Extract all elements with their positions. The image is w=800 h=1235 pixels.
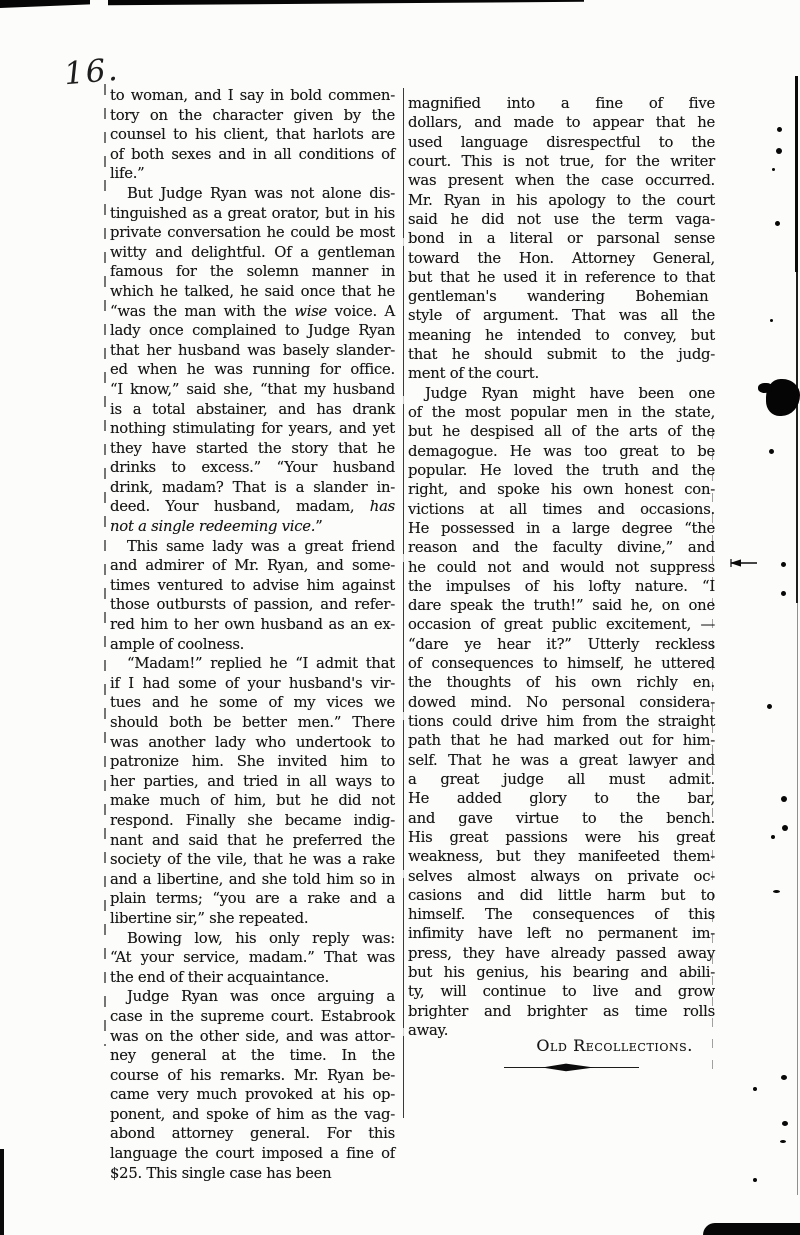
text-line: ed when he was running for office.	[110, 360, 395, 380]
text-line: counsel to his client, that harlots are	[110, 125, 395, 145]
ink-speck	[769, 449, 774, 454]
scanned-page: 16. to woman, and I say in bold commen-t…	[0, 0, 800, 1235]
text-line: times ventured to advise him against	[110, 576, 395, 596]
text-line: reason and the faculty divine,” and	[408, 538, 715, 557]
text-line: ment of the court.	[408, 364, 715, 383]
text-line: that her husband was basely slander-	[110, 341, 395, 361]
signature-flourish	[504, 1058, 639, 1077]
ink-speck	[781, 562, 786, 567]
scan-edge-right-middle	[796, 272, 798, 603]
ink-speck	[753, 1087, 757, 1091]
text-line: toward the Hon. Attorney General,	[408, 249, 715, 268]
ink-speck	[781, 591, 786, 596]
ink-speck	[773, 890, 780, 893]
paragraph: Judge Ryan was once arguing acase in the…	[110, 987, 395, 1183]
text-line: her parties, and tried in all ways to	[110, 772, 395, 792]
text-line: Mr. Ryan in his apology to the court	[408, 191, 715, 210]
text-line: gentleman's wandering Bohemian	[408, 287, 715, 306]
left-column: to woman, and I say in bold commen-tory …	[110, 86, 395, 1183]
ink-speck	[781, 796, 787, 802]
text-line: if I had some of your husband's vir-	[110, 674, 395, 694]
text-line: said he did not use the term vaga-	[408, 210, 715, 229]
ink-speck	[767, 704, 772, 709]
ink-speck	[770, 319, 773, 322]
text-line: ponent, and spoke of him as the vag-	[110, 1105, 395, 1125]
ink-speck	[782, 825, 788, 831]
text-line: should both be better men.” There	[110, 713, 395, 733]
text-line: self. That he was a great lawyer and	[408, 751, 715, 770]
text-line: was present when the case occurred.	[408, 171, 715, 190]
ink-speck	[781, 1075, 787, 1080]
paragraph: Judge Ryan might have been oneof the mos…	[408, 384, 715, 1041]
text-line: patronize him. She invited him to	[110, 752, 395, 772]
text-line: private conversation he could be most	[110, 223, 395, 243]
scan-edge-right-upper	[795, 76, 798, 272]
text-line: language the court imposed a fine of	[110, 1144, 395, 1164]
text-line: but he despised all of the arts of the	[408, 422, 715, 441]
text-line: but that he used it in reference to that	[408, 268, 715, 287]
text-line: casions and did little harm but to	[408, 886, 715, 905]
text-line: that he should submit to the judg-	[408, 345, 715, 364]
signature: Old Recollections.	[408, 1036, 715, 1055]
ink-speck	[782, 1121, 788, 1126]
text-line: But Judge Ryan was not alone dis-	[110, 184, 395, 204]
text-line: infimity have left no permanent im-	[408, 924, 715, 943]
left-margin-rule	[104, 84, 106, 1046]
text-line: “I know,” said she, “that my husband	[110, 380, 395, 400]
ink-speck	[776, 148, 782, 154]
paragraph: But Judge Ryan was not alone dis-tinguis…	[110, 184, 395, 537]
text-line: was on the other side, and was attor-	[110, 1027, 395, 1047]
text-line: dare speak the truth!” said he, on one	[408, 596, 715, 615]
scan-edge-top-left	[0, 0, 90, 8]
ink-speck	[775, 221, 780, 226]
ink-speck	[753, 1178, 757, 1182]
right-column: magnified into a fine of fivedollars, an…	[408, 94, 715, 1040]
text-line: plain terms; “you are a rake and a	[110, 889, 395, 909]
text-line: tory on the character given by the	[110, 106, 395, 126]
text-line: right, and spoke his own honest con-	[408, 480, 715, 499]
text-line: bond in a literal or parsonal sense	[408, 229, 715, 248]
ink-speck	[771, 835, 775, 839]
text-line: selves almost always on private oc-	[408, 867, 715, 886]
text-line: occasion of great public excitement, —	[408, 615, 715, 634]
text-line: Judge Ryan was once arguing a	[110, 987, 395, 1007]
text-line: but his genius, his bearing and abili-	[408, 963, 715, 982]
text-line: nothing stimulating for years, and yet	[110, 419, 395, 439]
text-line: not a single redeeming vice.”	[110, 517, 395, 537]
paragraph: to woman, and I say in bold commen-tory …	[110, 86, 395, 184]
text-line: Bowing low, his only reply was:	[110, 929, 395, 949]
text-line: the end of their acquaintance.	[110, 968, 395, 988]
text-line: His great passions were his great	[408, 828, 715, 847]
text-line: he could not and would not suppress	[408, 558, 715, 577]
ink-speck	[780, 1140, 786, 1143]
text-line: drink, madam? That is a slander in-	[110, 478, 395, 498]
text-line: lady once complained to Judge Ryan	[110, 321, 395, 341]
text-line: magnified into a fine of five	[408, 94, 715, 113]
text-line: nant and said that he preferred the	[110, 831, 395, 851]
scan-edge-bottom-left	[0, 1149, 4, 1235]
text-line: drinks to excess.” “Your husband	[110, 458, 395, 478]
text-line: dollars, and made to appear that he	[408, 113, 715, 132]
text-line: ty, will continue to live and grow	[408, 982, 715, 1001]
text-line: red him to her own husband as an ex-	[110, 615, 395, 635]
text-line: deed. Your husband, madam, has	[110, 497, 395, 517]
paragraph: “Madam!” replied he “I admit thatif I ha…	[110, 654, 395, 928]
text-line: life.”	[110, 164, 395, 184]
text-line: style of argument. That was all the	[408, 306, 715, 325]
text-line: and gave virtue to the bench.	[408, 809, 715, 828]
text-line: make much of him, but he did not	[110, 791, 395, 811]
text-line: “Madam!” replied he “I admit that	[110, 654, 395, 674]
text-line: to woman, and I say in bold commen-	[110, 86, 395, 106]
text-line: which he talked, he said once that he	[110, 282, 395, 302]
text-line: court. This is not true, for the writer	[408, 152, 715, 171]
scan-corner-bottom-right	[703, 1223, 800, 1235]
text-line: ney general at the time. In the	[110, 1046, 395, 1066]
margin-arrow-mark	[729, 555, 759, 574]
text-line: of the most popular men in the state,	[408, 403, 715, 422]
text-line: and admirer of Mr. Ryan, and some-	[110, 556, 395, 576]
text-line: He possessed in a large degree “the	[408, 519, 715, 538]
text-line: course of his remarks. Mr. Ryan be-	[110, 1066, 395, 1086]
text-line: $25. This single case has been	[110, 1164, 395, 1184]
text-line: tions could drive him from the straight	[408, 712, 715, 731]
text-line: demagogue. He was too great to be	[408, 442, 715, 461]
text-line: tues and he some of my vices we	[110, 693, 395, 713]
text-line: “At your service, madam.” That was	[110, 948, 395, 968]
ink-speck	[772, 168, 775, 171]
scan-edge-right-lower	[797, 603, 798, 1195]
scan-edge-top	[108, 0, 584, 6]
text-line: path that he had marked out for him-	[408, 731, 715, 750]
text-line: libertine sir,” she repeated.	[110, 909, 395, 929]
text-line: This same lady was a great friend	[110, 537, 395, 557]
text-line: press, they have already passed away	[408, 944, 715, 963]
text-line: of consequences to himself, he uttered	[408, 654, 715, 673]
text-line: a great judge all must admit.	[408, 770, 715, 789]
text-line: the impulses of his lofty nature. “I	[408, 577, 715, 596]
text-line: He added glory to the bar,	[408, 789, 715, 808]
paragraph: magnified into a fine of fivedollars, an…	[408, 94, 715, 384]
text-line: was another lady who undertook to	[110, 733, 395, 753]
text-line: is a total abstainer, and has drank	[110, 400, 395, 420]
text-line: tinguished as a great orator, but in his	[110, 204, 395, 224]
text-line: brighter and brighter as time rolls	[408, 1002, 715, 1021]
text-line: famous for the solemn manner in	[110, 262, 395, 282]
text-line: witty and delightful. Of a gentleman	[110, 243, 395, 263]
paragraph: This same lady was a great friendand adm…	[110, 537, 395, 655]
column-divider-rule	[403, 88, 404, 1118]
text-line: and a libertine, and she told him so in	[110, 870, 395, 890]
text-line: abond attorney general. For this	[110, 1124, 395, 1144]
text-line: the thoughts of his own richly en.	[408, 673, 715, 692]
text-line: came very much provoked at his op-	[110, 1085, 395, 1105]
ink-speck	[777, 127, 782, 132]
text-line: victions at all times and occasions.	[408, 500, 715, 519]
text-line: popular. He loved the truth and the	[408, 461, 715, 480]
text-line: society of the vile, that he was a rake	[110, 850, 395, 870]
text-line: they have started the story that he	[110, 439, 395, 459]
text-line: those outbursts of passion, and refer-	[110, 595, 395, 615]
text-line: “was the man with the wise voice. A	[110, 302, 395, 322]
text-line: meaning he intended to convey, but	[408, 326, 715, 345]
text-line: used language disrespectful to the	[408, 133, 715, 152]
text-line: himself. The consequences of this	[408, 905, 715, 924]
text-line: ample of coolness.	[110, 635, 395, 655]
text-line: “dare ye hear it?” Utterly reckless	[408, 635, 715, 654]
text-line: respond. Finally she became indig-	[110, 811, 395, 831]
text-line: dowed mind. No personal considera-	[408, 693, 715, 712]
paragraph: Bowing low, his only reply was:“At your …	[110, 929, 395, 988]
text-line: weakness, but they manifeeted them-	[408, 847, 715, 866]
ink-blot	[766, 379, 800, 416]
text-line: of both sexes and in all conditions of	[110, 145, 395, 165]
text-line: case in the supreme court. Estabrook	[110, 1007, 395, 1027]
text-line: Judge Ryan might have been one	[408, 384, 715, 403]
